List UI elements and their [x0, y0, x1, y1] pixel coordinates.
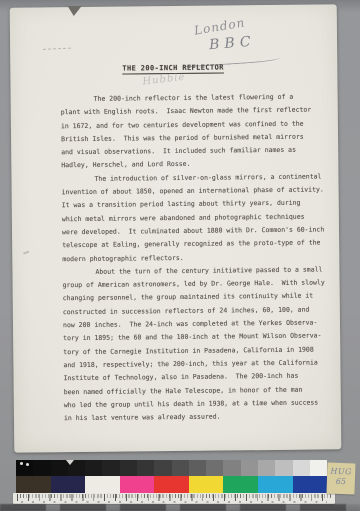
calibration-swatch	[206, 460, 223, 476]
document-title: THE 200-INCH REFLECTOR	[122, 63, 224, 72]
calibration-swatch	[102, 460, 119, 476]
calibration-swatch	[16, 460, 33, 476]
calibration-swatch	[172, 460, 189, 476]
calibration-swatch	[120, 476, 155, 493]
calibration-swatch	[120, 460, 137, 476]
calibration-swatch	[189, 460, 206, 476]
calibration-swatch	[258, 460, 275, 476]
calibration-swatch	[154, 460, 171, 476]
calibration-swatch	[154, 476, 189, 493]
page-tear-notch	[68, 6, 82, 16]
calibration-swatch	[293, 460, 310, 476]
calibration-swatch	[310, 460, 327, 476]
scanner-edge-shadow	[0, 504, 360, 511]
calibration-swatch	[16, 476, 51, 493]
archive-tag: HUG 65	[326, 463, 355, 495]
archive-tag-line1: HUG	[327, 467, 355, 478]
calibration-swatch	[33, 460, 50, 476]
pointer-mark	[66, 460, 74, 465]
archive-tag-line2: 65	[327, 477, 355, 488]
ruler-numbers	[21, 501, 327, 503]
calibration-swatch	[85, 476, 120, 493]
calibration-swatch	[293, 476, 328, 493]
handwritten-annotation-below-title: Hubble	[142, 72, 186, 88]
color-calibration-bar	[16, 476, 327, 493]
pencil-scribble	[43, 48, 71, 55]
calibration-swatch	[241, 460, 258, 476]
grayscale-calibration-bar	[16, 460, 327, 476]
pencil-mark	[23, 251, 29, 255]
handwritten-annotation-bbc: BBC	[208, 34, 256, 54]
document-page: London BBC THE 200-INCH REFLECTOR Hubble…	[10, 4, 342, 452]
calibration-swatch	[189, 476, 224, 493]
registration-dot	[20, 462, 23, 465]
calibration-swatch	[258, 476, 293, 493]
paragraph-1: The 200-inch reflector is the latest flo…	[61, 90, 330, 173]
calibration-swatch	[137, 460, 154, 476]
calibration-swatch	[275, 460, 292, 476]
scanned-document-photo: London BBC THE 200-INCH REFLECTOR Hubble…	[0, 0, 360, 511]
registration-dot	[26, 463, 29, 466]
paragraph-3: About the turn of the century initiative…	[62, 263, 332, 425]
calibration-swatch	[51, 476, 86, 493]
calibration-swatch	[223, 460, 240, 476]
ruler	[13, 493, 335, 504]
document-body: The 200-inch reflector is the latest flo…	[61, 90, 332, 425]
calibration-swatch	[223, 476, 258, 493]
paragraph-2: The introduction of silver-on-glass mirr…	[61, 170, 330, 266]
calibration-swatch	[85, 460, 102, 476]
